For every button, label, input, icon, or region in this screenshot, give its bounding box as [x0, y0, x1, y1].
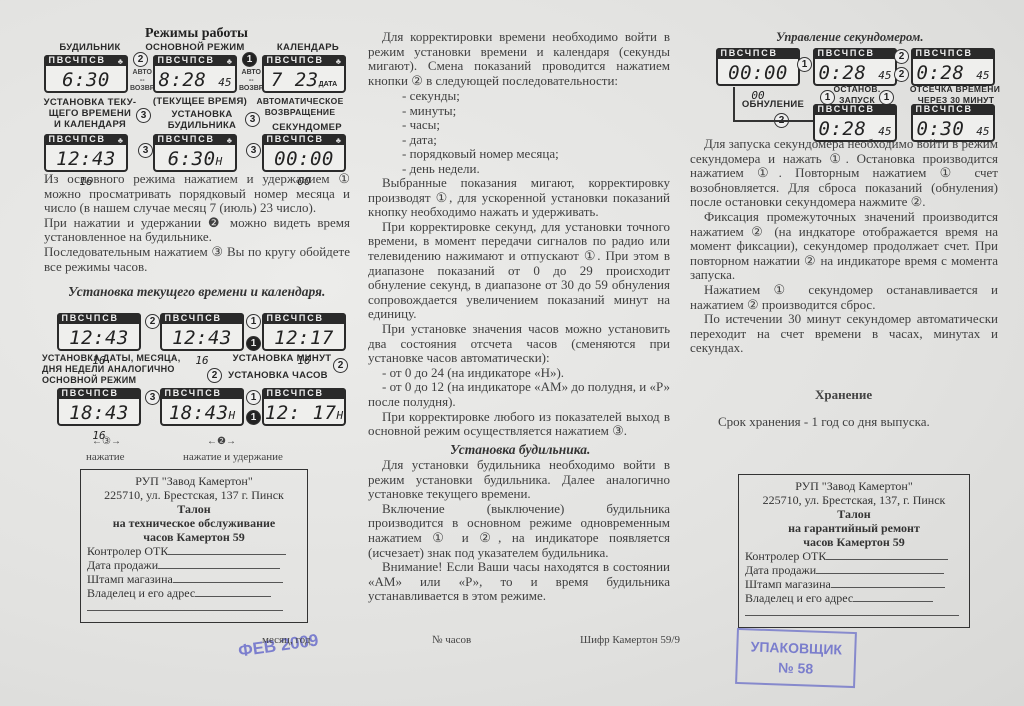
- correction-details: Выбранные показания мигают, корректировк…: [368, 176, 670, 439]
- intro-text: Из основного режима нажатием и удержание…: [44, 172, 350, 274]
- legend-hold-symbol: ←❷→: [207, 436, 236, 447]
- lcd-sw-running: ПВСЧПСВ 0:28 45: [813, 48, 897, 86]
- reset-connector: [733, 87, 735, 121]
- lcd-value: 12:43: [69, 327, 129, 349]
- lcd-value: 12:17: [274, 327, 334, 349]
- paragraph: Из основного режима нажатием и удержание…: [44, 172, 350, 216]
- lcd-seconds: 45: [878, 69, 891, 82]
- list-item: - дата;: [402, 133, 692, 148]
- button-3-icon: 3: [145, 390, 160, 405]
- button-1-icon: 1: [246, 314, 261, 329]
- lcd-set-alarm: ПВСЧПСВ ♣ 6:30Н: [153, 134, 237, 172]
- paragraph: - от 0 до 24 (на индикаторе «Н»).: [368, 366, 670, 381]
- lcd-days: ПВСЧПСВ: [262, 313, 346, 324]
- coupon-address: 225710, ул. Брестская, 137 г. Пинск: [87, 488, 301, 502]
- storage-text: Срок хранения - 1 год со дня выпуска.: [718, 415, 930, 430]
- set-section-title: Установка текущего времени и календаря.: [68, 284, 325, 300]
- label-current-time: (ТЕКУЩЕЕ ВРЕМЯ): [150, 96, 250, 107]
- stopwatch-title: Управление секундомером.: [776, 30, 923, 45]
- field-controller[interactable]: Контролер ОТК: [745, 549, 963, 563]
- paragraph: При корректировке любого из показателей …: [368, 410, 670, 439]
- bell-icon: ♣: [118, 57, 123, 66]
- paragraph: Включение (выключение) будильника произв…: [368, 502, 670, 560]
- paragraph: - от 0 до 12 (на индикаторе «АМ» до полу…: [368, 380, 670, 409]
- stopwatch-instructions: Для запуска секундомера необходимо войти…: [690, 137, 998, 356]
- coupon-subtitle: на техническое обслуживание: [87, 516, 301, 530]
- field-shop-stamp[interactable]: Штамп магазина: [745, 577, 963, 591]
- label-reset: ОБНУЛЕНИЕ: [738, 99, 808, 110]
- button-1-hold-icon: 1: [246, 336, 261, 351]
- auto-return-mark: АВТО--ВОЗВР: [130, 69, 154, 93]
- button-2-icon: 2: [145, 314, 160, 329]
- lcd-days: ПВСЧПСВ: [813, 48, 897, 59]
- packer-stamp: УПАКОВЩИК № 58: [735, 628, 857, 688]
- button-3-icon: 3: [136, 108, 151, 123]
- button-2-icon: 2: [894, 49, 909, 64]
- lcd-days: ПВСЧПСВ: [160, 388, 244, 399]
- lcd-main: ПВСЧПСВ ♣ 8:28 45: [153, 55, 237, 93]
- lcd-set-minutes: ПВСЧПСВ 12:17 16: [262, 313, 346, 351]
- hour-mode: Н: [229, 409, 236, 422]
- label-set-hours: УСТАНОВКА ЧАСОВ: [228, 370, 328, 381]
- bell-icon: ♣: [227, 136, 232, 145]
- lcd-set-minutes-blink: ПВСЧПСВ 12:43 16: [160, 313, 244, 351]
- lcd-days: ПВСЧПСВ: [911, 104, 995, 115]
- legend-hold-text: нажатие и удержание: [183, 451, 283, 463]
- button-1-icon: 1: [797, 57, 812, 72]
- label-alarm: БУДИЛЬНИК: [50, 42, 130, 53]
- warranty-coupon: РУП "Завод Камертон" 225710, ул. Брестск…: [738, 474, 970, 628]
- coupon-address: 225710, ул. Брестская, 137, г. Пинск: [745, 493, 963, 507]
- lcd-days: ПВСЧПСВ: [716, 48, 800, 59]
- button-1-icon: 1: [246, 390, 261, 405]
- button-2-icon: 2: [207, 368, 222, 383]
- lcd-seconds: 16: [195, 354, 208, 367]
- lcd-value: 0:28: [917, 62, 965, 84]
- paragraph: Фиксация промежуточных значений производ…: [690, 210, 998, 283]
- coupon-model: часов Камертон 59: [745, 535, 963, 549]
- legend-press-symbol: ←③→: [92, 436, 121, 447]
- paragraph: При нажатии и удержании ❷ можно видеть в…: [44, 216, 350, 245]
- label-set-alarm: УСТАНОВКА БУДИЛЬНИКА: [162, 109, 242, 131]
- lcd-value: 6:30: [168, 148, 216, 170]
- lcd-value: 18:43: [69, 402, 129, 424]
- lcd-days: ПВСЧПСВ: [153, 55, 237, 66]
- lcd-calendar: ПВСЧПСВ ♣ 7 23ДАТА: [262, 55, 346, 93]
- lcd-days: ПВСЧПСВ: [262, 134, 346, 145]
- paragraph: Для запуска секундомера необходимо войти…: [690, 137, 998, 210]
- paragraph: Нажатием ① секундомер останавливается и …: [690, 283, 998, 312]
- reset-connector: [733, 120, 813, 122]
- paragraph: При установке значения часов можно устан…: [368, 322, 670, 366]
- field-sale-date[interactable]: Дата продажи: [745, 563, 963, 577]
- button-2-icon: 2: [894, 67, 909, 82]
- maintenance-coupon: РУП "Завод Камертон" 225710, ул. Брестск…: [80, 469, 308, 623]
- list-item: - секунды;: [402, 89, 692, 104]
- label-set-time: УСТАНОВКА ТЕКУ- ЩЕГО ВРЕМЕНИ И КАЛЕНДАРЯ: [40, 97, 140, 130]
- button-1-icon: 1: [242, 52, 257, 67]
- label-split: ОТСЕЧКА ВРЕМЕНИ: [900, 84, 1010, 95]
- label-stopwatch: СЕКУНДОМЕР: [262, 122, 352, 133]
- modes-title: Режимы работы: [145, 26, 248, 42]
- lcd-days: ПВСЧПСВ: [44, 134, 128, 145]
- field-owner-line2[interactable]: [87, 600, 301, 614]
- watch-number-label: № часов: [432, 634, 471, 646]
- lcd-days: ПВСЧПСВ: [813, 104, 897, 115]
- lcd-value: 12:43: [172, 327, 232, 349]
- lcd-value: 00:00: [728, 62, 788, 84]
- button-3-icon: 3: [245, 112, 260, 127]
- button-1-icon: 1: [879, 90, 894, 105]
- packer-stamp-number: № 58: [737, 656, 854, 680]
- field-sale-date[interactable]: Дата продажи: [87, 558, 301, 572]
- lcd-set-seconds: ПВСЧПСВ 12:43 16: [57, 313, 141, 351]
- bell-icon: ♣: [336, 136, 341, 145]
- coupon-org: РУП "Завод Камертон": [745, 479, 963, 493]
- lcd-stopwatch: ПВСЧПСВ ♣ 00:00 00: [262, 134, 346, 172]
- bell-icon: ♣: [118, 136, 123, 145]
- button-2-icon: 2: [333, 358, 348, 373]
- lcd-value: 12: 17: [265, 402, 337, 424]
- storage-title: Хранение: [815, 387, 872, 403]
- lcd-days: ПВСЧПСВ: [57, 388, 141, 399]
- date-label: ДАТА: [319, 81, 338, 88]
- paragraph: Внимание! Если Ваши часы находятся в сос…: [368, 560, 670, 604]
- paragraph: По истечении 30 минут секундомер автомат…: [690, 312, 998, 356]
- month-year-label: месяц, год: [262, 634, 310, 646]
- lcd-main-after-set: ПВСЧПСВ 18:43 16: [57, 388, 141, 426]
- lcd-set-hours: ПВСЧПСВ 12: 17Н: [262, 388, 346, 426]
- lcd-days: ПВСЧПСВ: [160, 313, 244, 324]
- lcd-seconds: 45: [218, 76, 231, 89]
- field-owner[interactable]: Владелец и его адрес: [87, 586, 301, 600]
- lcd-value: 6:30: [62, 69, 110, 91]
- lcd-sw-split: ПВСЧПСВ 0:28 45: [911, 48, 995, 86]
- bell-icon: ♣: [336, 57, 341, 66]
- legend-press-text: нажатие: [86, 451, 125, 463]
- hour-mode: Н: [337, 409, 344, 422]
- paragraph: Для корректировки времени необходимо вой…: [368, 30, 670, 88]
- label-main-mode: ОСНОВНОЙ РЕЖИМ: [140, 42, 250, 53]
- packer-stamp-title: УПАКОВЩИК: [738, 636, 855, 660]
- lcd-value: 12:43: [56, 148, 116, 170]
- field-shop-stamp[interactable]: Штамп магазина: [87, 572, 301, 586]
- lcd-value: 18:43: [169, 402, 229, 424]
- list-item: - часы;: [402, 118, 692, 133]
- lcd-seconds: 45: [976, 69, 989, 82]
- lcd-value: 8:28: [159, 69, 207, 91]
- list-item: - порядковый номер месяца;: [402, 147, 692, 162]
- label-stop-start: ОСТАНОВ. ЗАПУСК: [832, 84, 882, 106]
- paragraph: Для установки будильника необходимо войт…: [368, 458, 670, 502]
- field-owner[interactable]: Владелец и его адрес: [745, 591, 963, 605]
- paragraph: При корректировке секунд, для установки …: [368, 220, 670, 322]
- coupon-title: Талон: [745, 507, 963, 521]
- field-controller[interactable]: Контролер ОТК: [87, 544, 301, 558]
- coupon-model: часов Камертон 59: [87, 530, 301, 544]
- alarm-instructions: Для установки будильника необходимо войт…: [368, 458, 670, 604]
- lcd-days: ПВСЧПСВ: [911, 48, 995, 59]
- alarm-section-title: Установка будильника.: [450, 442, 590, 458]
- lcd-sw-zero: ПВСЧПСВ 00:00 00: [716, 48, 800, 86]
- lcd-set-time: ПВСЧПСВ ♣ 12:43 16: [44, 134, 128, 172]
- time-correction-intro: Для корректировки времени необходимо вой…: [368, 30, 670, 88]
- lcd-alarm: ПВСЧПСВ ♣ 6:30: [44, 55, 128, 93]
- paragraph: Выбранные показания мигают, корректировк…: [368, 176, 670, 220]
- button-3-icon: 3: [246, 143, 261, 158]
- correction-sequence: - секунды; - минуты; - часы; - дата; - п…: [372, 89, 692, 177]
- coupon-title: Талон: [87, 502, 301, 516]
- cipher-label: Шифр Камертон 59/9: [580, 634, 680, 646]
- label-set-minutes: УСТАНОВКА МИНУТ: [232, 353, 332, 364]
- lcd-days: ПВСЧПСВ: [44, 55, 128, 66]
- list-item: - минуты;: [402, 104, 692, 119]
- coupon-org: РУП "Завод Камертон": [87, 474, 301, 488]
- label-set-date: УСТАНОВКА ДАТЫ, МЕСЯЦА, ДНЯ НЕДЕЛИ АНАЛО…: [42, 353, 182, 386]
- lcd-days: ПВСЧПСВ: [262, 388, 346, 399]
- auto-return-mark: АВТО--ВОЗВР: [239, 69, 263, 93]
- lcd-set-hours-blink: ПВСЧПСВ 18:43Н: [160, 388, 244, 426]
- label-auto-return: АВТОМАТИЧЕСКОЕ ВОЗВРАЩЕНИЕ: [250, 96, 350, 118]
- lcd-days: ПВСЧПСВ: [262, 55, 346, 66]
- label-calendar: КАЛЕНДАРЬ: [268, 42, 348, 53]
- coupon-subtitle: на гарантийный ремонт: [745, 521, 963, 535]
- bell-icon: ♣: [227, 57, 232, 66]
- lcd-days: ПВСЧПСВ: [153, 134, 237, 145]
- button-2-icon: 2: [133, 52, 148, 67]
- button-3-icon: 3: [138, 143, 153, 158]
- lcd-value: 00:00: [274, 148, 334, 170]
- field-owner-line2[interactable]: [745, 605, 963, 619]
- lcd-value: 0:28: [819, 62, 867, 84]
- lcd-value: 7 23: [271, 69, 319, 91]
- lcd-days: ПВСЧПСВ: [57, 313, 141, 324]
- paragraph: Последовательным нажатием ③ Вы по кругу …: [44, 245, 350, 274]
- hour-mode: Н: [216, 155, 223, 168]
- button-1-hold-icon: 1: [246, 410, 261, 425]
